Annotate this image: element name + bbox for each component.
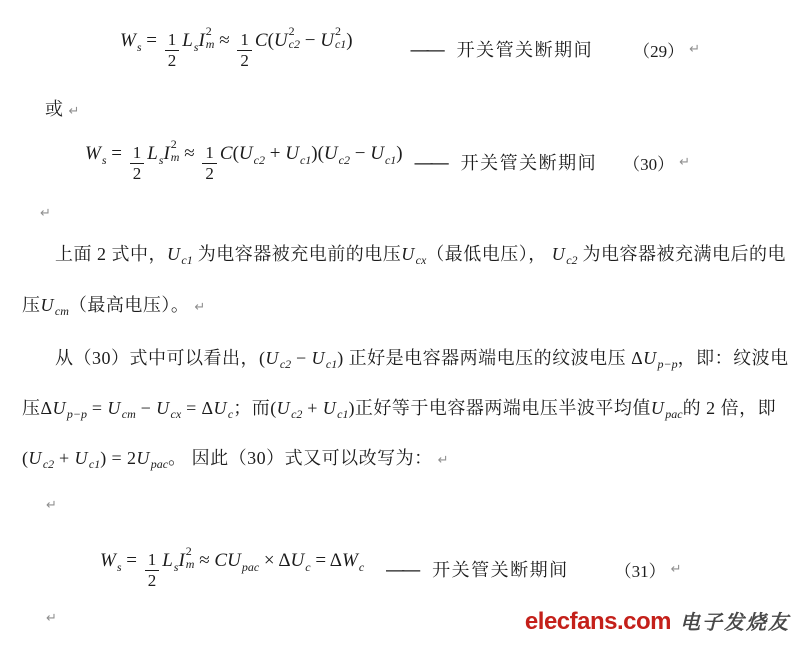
math-roman: = Δ	[311, 550, 342, 572]
subscript: c	[228, 407, 233, 421]
math-variable: I2m	[198, 29, 214, 54]
math-variable: Uc1	[285, 143, 311, 165]
math-variable-base: U	[324, 143, 338, 164]
math-variable: Up−p	[643, 348, 678, 368]
subscript: p−p	[658, 357, 678, 371]
math-roman: +	[54, 448, 74, 468]
formula-29-math: Ws = 12LsI2m ≈ 12C(U2c2 − U2c1)	[120, 29, 353, 68]
fraction-numerator: 1	[237, 30, 252, 50]
math-roman: −	[300, 30, 320, 52]
math-variable: Uc1	[370, 143, 396, 165]
math-variable: Uc2	[28, 448, 54, 468]
subscript: c2	[291, 407, 302, 421]
math-variable-base: U	[227, 550, 241, 571]
math-variable-base: L	[182, 30, 193, 51]
cjk-text: 正好等于电容器两端电压半波平均值	[355, 398, 651, 418]
subscript: pac	[242, 560, 259, 574]
math-variable-base: U	[552, 244, 565, 264]
subscript: s	[137, 40, 142, 54]
fraction-denominator: 2	[165, 51, 180, 70]
math-variable-base: C	[220, 143, 233, 164]
math-variable-base: U	[136, 448, 149, 468]
math-variable: C	[220, 143, 233, 165]
math-variable-base: I	[198, 30, 204, 51]
document-page: Ws = 12LsI2m ≈ 12C(U2c2 − U2c1) —— 开关管关断…	[0, 0, 800, 645]
subscript: c1	[335, 38, 346, 50]
math-roman: )	[396, 143, 402, 165]
math-roman: Δ	[41, 398, 53, 418]
math-variable-base: U	[277, 398, 290, 418]
subscript: c2	[254, 153, 265, 167]
math-variable: Uc2	[552, 244, 578, 264]
math-roman: Δ	[631, 348, 643, 368]
math-variable: C	[214, 550, 227, 572]
subscript: m	[206, 38, 215, 50]
subscript: s	[194, 40, 199, 54]
math-variable: Upac	[651, 398, 683, 418]
math-variable-base: I	[178, 550, 184, 571]
subscript: s	[117, 560, 122, 574]
math-roman: ≈	[179, 143, 199, 165]
fraction: 12	[202, 143, 217, 182]
math-roman: −	[136, 398, 156, 418]
paragraph-mark: ↵	[69, 104, 80, 119]
math-variable-base: U	[75, 448, 88, 468]
fraction-numerator: 1	[202, 143, 217, 163]
math-variable: Up−p	[52, 398, 87, 418]
cjk-text: 压	[22, 295, 41, 315]
math-roman: ≈	[194, 550, 214, 572]
math-variable-base: U	[156, 398, 169, 418]
formula-31-math: Ws = 12LsI2m ≈ CUpac × ΔUc = ΔWc	[100, 549, 364, 588]
paragraph-2-line-2: 压ΔUp−p = Ucm − Ucx = ΔUc；而(Uc2 + Uc1)正好等…	[22, 395, 776, 423]
paragraph-mark: ↵	[194, 300, 205, 315]
math-variable: I2m	[178, 549, 194, 574]
cjk-text: 为电容器被充满电后的电	[578, 244, 787, 264]
math-variable: Uc1	[312, 348, 338, 368]
math-variable: Wc	[342, 550, 364, 572]
subscript: c	[305, 560, 310, 574]
math-roman: = Δ	[181, 398, 213, 418]
math-variable-base: U	[285, 143, 299, 164]
math-roman: +	[265, 143, 285, 165]
fraction-denominator: 2	[145, 571, 160, 590]
subscript: cm	[55, 304, 69, 318]
math-roman: =	[107, 143, 127, 165]
math-roman: )(	[311, 143, 324, 165]
math-roman: +	[302, 398, 322, 418]
math-variable: Upac	[136, 448, 168, 468]
fraction-numerator: 1	[145, 550, 160, 570]
math-variable: Uc1	[323, 398, 349, 418]
subscript: c1	[385, 153, 396, 167]
paragraph-mark: ↵	[46, 611, 57, 626]
fraction: 12	[237, 30, 252, 69]
math-variable-base: U	[320, 30, 334, 51]
paragraph-mark: ↵	[671, 562, 682, 577]
subscript: c1	[181, 253, 192, 267]
subscript: cx	[416, 253, 427, 267]
fraction: 12	[165, 30, 180, 69]
math-variable: Ws	[100, 550, 122, 572]
math-variable-base: I	[163, 143, 169, 164]
paragraph-1-line-1: 上面 2 式中，Uc1 为电容器被充电前的电压Ucx（最低电压）， Uc2 为电…	[22, 241, 786, 269]
cjk-text: 压	[22, 398, 41, 418]
math-variable: Uc1	[75, 448, 101, 468]
fraction-numerator: 1	[165, 30, 180, 50]
math-variable: U2c1	[320, 29, 346, 54]
math-roman: =	[142, 30, 162, 52]
subscript: s	[159, 153, 164, 167]
subscript: s	[174, 560, 179, 574]
math-roman: ) = 2	[100, 448, 136, 468]
cjk-text: ；而	[233, 398, 270, 418]
paragraph-1-line-2: 压Ucm（最高电压）。↵	[22, 292, 206, 321]
math-variable-base: U	[401, 244, 414, 264]
formula-29-number: （29）	[633, 37, 684, 62]
superscript: 2	[186, 545, 195, 557]
math-variable-base: U	[167, 244, 180, 264]
paragraph-mark: ↵	[46, 498, 57, 513]
paragraph-mark: ↵	[40, 206, 51, 221]
formula-31-row: Ws = 12LsI2m ≈ CUpac × ΔUc = ΔWc —— 开关管关…	[100, 540, 682, 598]
math-variable-base: U	[323, 398, 336, 418]
sup-sub-stack: 2m	[206, 25, 215, 50]
cjk-text: （最高电压）。	[69, 295, 190, 315]
subscript: c1	[300, 153, 311, 167]
math-variable: Ucm	[107, 398, 135, 418]
subscript: pac	[665, 407, 682, 421]
cjk-text: 。 因此（30）式又可以改写为：	[168, 448, 433, 468]
subscript: c2	[280, 357, 291, 371]
formula-31-number: （31）	[615, 557, 666, 582]
math-roman: =	[122, 550, 142, 572]
em-dash: ——	[411, 39, 443, 60]
or-text: 或	[45, 99, 64, 119]
math-variable-base: U	[28, 448, 41, 468]
math-variable-base: U	[107, 398, 120, 418]
or-line: 或↵	[45, 96, 80, 125]
cjk-text: 上面 2 式中，	[55, 244, 167, 264]
math-variable-base: U	[651, 398, 664, 418]
formula-29-row: Ws = 12LsI2m ≈ 12C(U2c2 − U2c1) —— 开关管关断…	[120, 20, 700, 78]
math-variable: Ws	[120, 30, 142, 52]
math-variable: Uc	[214, 398, 234, 418]
formula-30-label: 开关管关断期间	[461, 149, 598, 175]
superscript: 2	[289, 25, 300, 37]
math-variable-base: W	[85, 143, 101, 164]
math-variable-base: C	[255, 30, 268, 51]
math-variable-base: W	[120, 30, 136, 51]
superscript: 2	[171, 138, 180, 150]
math-variable: Uc2	[277, 398, 303, 418]
math-variable: Uc	[291, 550, 311, 572]
math-variable: Uc2	[239, 143, 265, 165]
math-variable-base: U	[214, 398, 227, 418]
math-variable: U2c2	[274, 29, 300, 54]
elecfans-brand-text: elecfans.com	[525, 608, 671, 636]
sup-sub-stack: 2m	[171, 138, 180, 163]
elecfans-brand-cn: 电子发烧友	[680, 606, 790, 635]
subscript: c2	[289, 38, 300, 50]
sup-sub-stack: 2c2	[289, 25, 300, 50]
fraction-denominator: 2	[237, 51, 252, 70]
math-variable-base: U	[265, 348, 278, 368]
subscript: s	[102, 153, 107, 167]
em-dash: ——	[386, 559, 418, 580]
math-variable-base: U	[274, 30, 288, 51]
cjk-text: 从（30）式中可以看出，	[55, 348, 259, 368]
subscript: m	[171, 151, 180, 163]
formula-31-label: 开关管关断期间	[432, 556, 569, 582]
subscript: m	[186, 558, 195, 570]
math-variable-base: U	[643, 348, 656, 368]
formula-30-number: （30）	[623, 150, 674, 175]
em-dash: ——	[415, 152, 447, 173]
paragraph-mark: ↵	[679, 155, 690, 170]
subscript: c	[359, 560, 364, 574]
math-variable: Upac	[227, 550, 259, 572]
math-variable-base: W	[342, 550, 358, 571]
math-variable-base: U	[291, 550, 305, 571]
subscript: p−p	[67, 407, 87, 421]
formula-30-row: Ws = 12LsI2m ≈ 12C(Uc2 + Uc1)(Uc2 − Uc1)…	[85, 133, 690, 191]
math-variable: Ls	[162, 550, 178, 572]
math-variable-base: L	[162, 550, 173, 571]
formula-29-label: 开关管关断期间	[457, 36, 594, 62]
paragraph-2-line-3: (Uc2 + Uc1) = 2Upac。 因此（30）式又可以改写为：↵	[22, 445, 449, 474]
math-variable: Ucm	[41, 295, 69, 315]
math-variable-base: U	[239, 143, 253, 164]
math-roman: )	[346, 30, 352, 52]
math-variable: Uc1	[167, 244, 193, 264]
fraction: 12	[130, 143, 145, 182]
math-variable-base: U	[370, 143, 384, 164]
superscript: 2	[335, 25, 346, 37]
subscript: cm	[122, 407, 136, 421]
cjk-text: ，即：纹波电	[678, 348, 789, 368]
math-variable-base: C	[214, 550, 227, 571]
math-variable-base: W	[100, 550, 116, 571]
math-variable: Uc2	[324, 143, 350, 165]
subscript: c2	[566, 253, 577, 267]
subscript: c1	[89, 457, 100, 471]
cjk-text: 正好是电容器两端电压的纹波电压	[344, 348, 632, 368]
subscript: c1	[337, 407, 348, 421]
math-roman: −	[350, 143, 370, 165]
math-roman: ≈	[214, 30, 234, 52]
subscript: c2	[339, 153, 350, 167]
subscript: c2	[43, 457, 54, 471]
elecfans-logo: elecfans.com 电子发烧友	[525, 606, 790, 636]
math-variable: I2m	[163, 142, 179, 167]
paragraph-2-line-1: 从（30）式中可以看出，(Uc2 − Uc1) 正好是电容器两端电压的纹波电压 …	[22, 345, 789, 373]
subscript: pac	[151, 457, 168, 471]
math-variable: Ucx	[156, 398, 181, 418]
cjk-text: 的 2 倍，即	[683, 398, 777, 418]
math-variable-base: L	[147, 143, 158, 164]
fraction-numerator: 1	[130, 143, 145, 163]
math-variable: Uc2	[265, 348, 291, 368]
subscript: c1	[326, 357, 337, 371]
fraction-denominator: 2	[130, 164, 145, 183]
subscript: cx	[171, 407, 182, 421]
fraction: 12	[145, 550, 160, 589]
math-roman: × Δ	[259, 550, 290, 572]
math-variable-base: U	[41, 295, 54, 315]
formula-30-math: Ws = 12LsI2m ≈ 12C(Uc2 + Uc1)(Uc2 − Uc1)	[85, 142, 403, 181]
cjk-text: 为电容器被充电前的电压	[193, 244, 402, 264]
math-variable-base: U	[312, 348, 325, 368]
math-roman: −	[291, 348, 311, 368]
math-roman: =	[87, 398, 107, 418]
superscript: 2	[206, 25, 215, 37]
math-variable-base: U	[52, 398, 65, 418]
paragraph-mark: ↵	[438, 453, 449, 468]
math-variable: Ucx	[401, 244, 426, 264]
sup-sub-stack: 2m	[186, 545, 195, 570]
math-variable: Ls	[147, 143, 163, 165]
math-variable: Ls	[182, 30, 198, 52]
math-variable: Ws	[85, 143, 107, 165]
cjk-text: （最低电压），	[426, 244, 552, 264]
paragraph-mark: ↵	[689, 42, 700, 57]
fraction-denominator: 2	[202, 164, 217, 183]
math-variable: C	[255, 30, 268, 52]
sup-sub-stack: 2c1	[335, 25, 346, 50]
